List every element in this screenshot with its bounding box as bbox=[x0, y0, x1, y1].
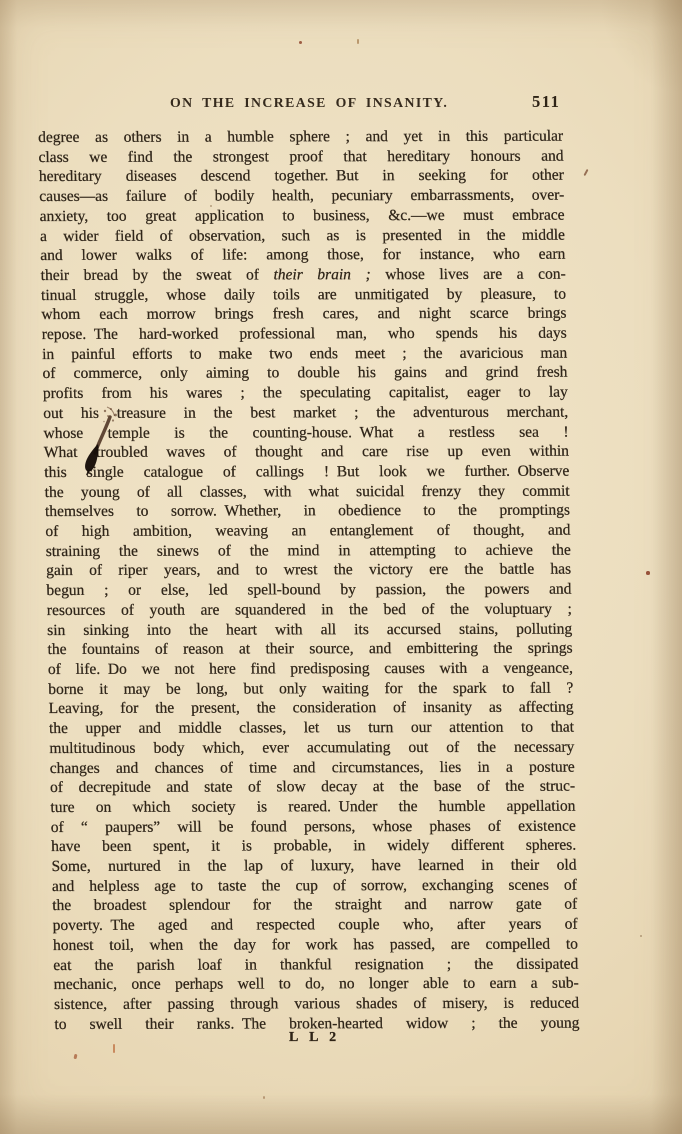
text-line: straining the sinews of the mind in atte… bbox=[46, 540, 571, 561]
text-line: poverty. The aged and respected couple w… bbox=[52, 915, 577, 936]
text-line: mechanic, once perhaps well to do, no lo… bbox=[54, 974, 579, 995]
text-line: profits from his wares ; the speculating… bbox=[43, 383, 568, 404]
text-line: multitudinous body which, ever accumulat… bbox=[49, 737, 574, 758]
text-line: whom each morrow brings fresh cares, and… bbox=[41, 304, 566, 325]
text-line: hereditary diseases descend together. Bu… bbox=[39, 166, 564, 187]
text-line: resources of youth are squandered in the… bbox=[47, 599, 572, 620]
text-line: out his treasure in the best market ; th… bbox=[43, 402, 568, 423]
book-page: ON THE INCREASE OF INSANITY. 511 degree … bbox=[0, 0, 682, 1134]
foxing-speck bbox=[263, 1096, 265, 1099]
running-header-title: ON THE INCREASE OF INSANITY. bbox=[170, 95, 448, 111]
text-line: the young of all classes, with what suic… bbox=[44, 481, 569, 502]
text-line: a wider field of observation, such as is… bbox=[40, 225, 565, 246]
text-line: of commerce, only aiming to double his g… bbox=[42, 363, 567, 384]
text-line: of “ paupers” will be found persons, who… bbox=[51, 816, 576, 837]
text-line: changes and chances of time and circumst… bbox=[50, 757, 575, 778]
text-line: begun ; or else, led spell-bound by pass… bbox=[46, 580, 571, 601]
text-line: degree as others in a humble sphere ; an… bbox=[38, 127, 563, 148]
foxing-speck bbox=[583, 169, 588, 176]
text-line: of decrepitude and state of slow decay a… bbox=[50, 777, 575, 798]
foxing-speck bbox=[357, 39, 359, 44]
text-line: have been spent, it is probable, in wide… bbox=[51, 836, 576, 857]
text-line: of life. Do we not here find predisposin… bbox=[48, 659, 573, 680]
text-line: this single catalogue of callings ! But … bbox=[44, 462, 569, 483]
text-line: themselves to sorrow. Whether, in obedie… bbox=[45, 501, 570, 522]
foxing-speck bbox=[299, 41, 302, 44]
text-line: Leaving, for the present, the considerat… bbox=[48, 698, 573, 719]
text-line: anxiety, too great application to busine… bbox=[39, 205, 564, 226]
text-line: the fountains of reason at their source,… bbox=[47, 639, 572, 660]
text-line: gain of riper years, and to wrest the vi… bbox=[46, 560, 571, 581]
text-line: class we find the strongest proof that h… bbox=[38, 146, 563, 167]
body-text: degree as others in a humble sphere ; an… bbox=[38, 127, 580, 1035]
text-line: What troubled waves of thought and care … bbox=[44, 442, 569, 463]
text-line: and helpless age to taste the cup of sor… bbox=[52, 875, 577, 896]
text-line: causes—as failure of bodily health, pecu… bbox=[39, 186, 564, 207]
signature-mark: L L 2 bbox=[289, 1030, 340, 1046]
text-line: Some, nurtured in the lap of luxury, hav… bbox=[51, 856, 576, 877]
text-line: honest toil, when the day for work has p… bbox=[53, 934, 578, 955]
foxing-speck bbox=[74, 1054, 77, 1059]
text-line: tinual struggle, whose daily toils are u… bbox=[41, 284, 566, 305]
foxing-speck bbox=[640, 935, 642, 937]
text-line: repose. The hard-worked professional man… bbox=[42, 324, 567, 345]
text-line: whose temple is the counting-house. What… bbox=[43, 422, 568, 443]
text-line: the broadest splendour for the straight … bbox=[52, 895, 577, 916]
text-line: in painful efforts to make two ends meet… bbox=[42, 343, 567, 364]
text-line: borne it may be long, but only waiting f… bbox=[48, 678, 573, 699]
ink-blot-icon bbox=[80, 402, 120, 476]
text-line: their bread by the sweat of their brain … bbox=[41, 265, 566, 286]
text-line: of high ambition, weaving an entanglemen… bbox=[45, 521, 570, 542]
text-line: ture on which society is reared. Under t… bbox=[50, 797, 575, 818]
foxing-speck bbox=[113, 1044, 115, 1053]
text-line: the upper and middle classes, let us tur… bbox=[49, 718, 574, 739]
foxing-speck bbox=[646, 571, 650, 575]
page-number: 511 bbox=[532, 92, 560, 112]
text-line: sin sinking into the heart with all its … bbox=[47, 619, 572, 640]
text-line: eat the parish loaf in thankful resignat… bbox=[53, 954, 578, 975]
text-line: and lower walks of life: among those, fo… bbox=[40, 245, 565, 266]
text-line: sistence, after passing through various … bbox=[54, 994, 579, 1015]
